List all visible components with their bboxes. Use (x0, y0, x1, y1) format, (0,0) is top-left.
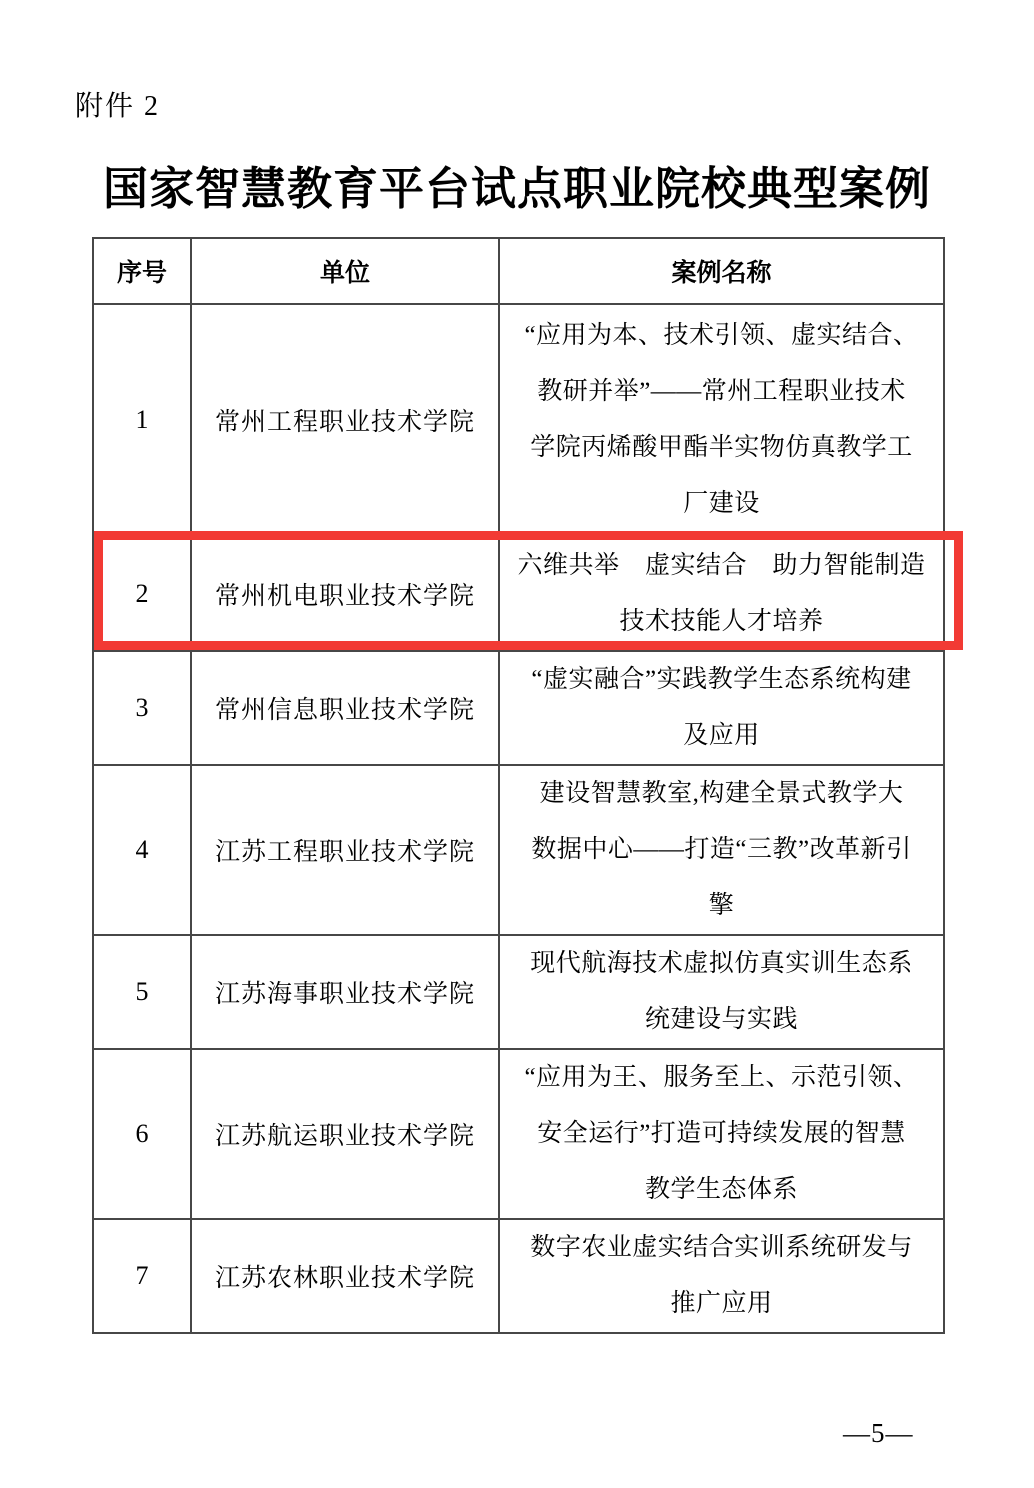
header-case: 案例名称 (499, 238, 944, 304)
row-number-cell: 4 (93, 765, 191, 935)
header-unit: 单位 (191, 238, 499, 304)
table-header-row: 序号 单位 案例名称 (93, 238, 944, 304)
row-number-cell: 1 (93, 304, 191, 536)
unit-cell: 常州工程职业技术学院 (191, 304, 499, 536)
document-page: 附件 2 国家智慧教育平台试点职业院校典型案例 序号 单位 案例名称 1 常州工… (0, 0, 1034, 1488)
table-row: 4 江苏工程职业技术学院 建设智慧教室,构建全景式教学大 数据中心——打造“三教… (93, 765, 944, 935)
case-name-cell: 六维共举 虚实结合 助力智能制造 技术技能人才培养 (499, 536, 944, 651)
table-row: 6 江苏航运职业技术学院 “应用为王、服务至上、示范引领、 安全运行”打造可持续… (93, 1049, 944, 1219)
page-number: —5— (843, 1418, 914, 1449)
case-name-cell: 现代航海技术虚拟仿真实训生态系 统建设与实践 (499, 935, 944, 1049)
attachment-label: 附件 2 (75, 84, 160, 124)
unit-cell: 常州信息职业技术学院 (191, 651, 499, 765)
case-name-cell: “应用为本、技术引领、虚实结合、 教研并举”——常州工程职业技术 学院丙烯酸甲酯… (499, 304, 944, 536)
row-number-cell: 7 (93, 1219, 191, 1333)
row-number-cell: 5 (93, 935, 191, 1049)
unit-cell: 江苏航运职业技术学院 (191, 1049, 499, 1219)
table-row: 7 江苏农林职业技术学院 数字农业虚实结合实训系统研发与 推广应用 (93, 1219, 944, 1333)
row-number-cell: 2 (93, 536, 191, 651)
cases-table: 序号 单位 案例名称 1 常州工程职业技术学院 “应用为本、技术引领、虚实结合、… (92, 237, 945, 1334)
table-row: 5 江苏海事职业技术学院 现代航海技术虚拟仿真实训生态系 统建设与实践 (93, 935, 944, 1049)
table-row: 3 常州信息职业技术学院 “虚实融合”实践教学生态系统构建 及应用 (93, 651, 944, 765)
unit-cell: 江苏农林职业技术学院 (191, 1219, 499, 1333)
table-row-highlighted: 2 常州机电职业技术学院 六维共举 虚实结合 助力智能制造 技术技能人才培养 (93, 536, 944, 651)
unit-cell: 江苏海事职业技术学院 (191, 935, 499, 1049)
case-name-cell: “虚实融合”实践教学生态系统构建 及应用 (499, 651, 944, 765)
case-name-cell: 数字农业虚实结合实训系统研发与 推广应用 (499, 1219, 944, 1333)
case-name-cell: “应用为王、服务至上、示范引领、 安全运行”打造可持续发展的智慧 教学生态体系 (499, 1049, 944, 1219)
case-name-cell: 建设智慧教室,构建全景式教学大 数据中心——打造“三教”改革新引 擎 (499, 765, 944, 935)
page-title: 国家智慧教育平台试点职业院校典型案例 (0, 152, 1034, 217)
table-row: 1 常州工程职业技术学院 “应用为本、技术引领、虚实结合、 教研并举”——常州工… (93, 304, 944, 536)
unit-cell: 江苏工程职业技术学院 (191, 765, 499, 935)
unit-cell: 常州机电职业技术学院 (191, 536, 499, 651)
row-number-cell: 3 (93, 651, 191, 765)
header-no: 序号 (93, 238, 191, 304)
row-number-cell: 6 (93, 1049, 191, 1219)
